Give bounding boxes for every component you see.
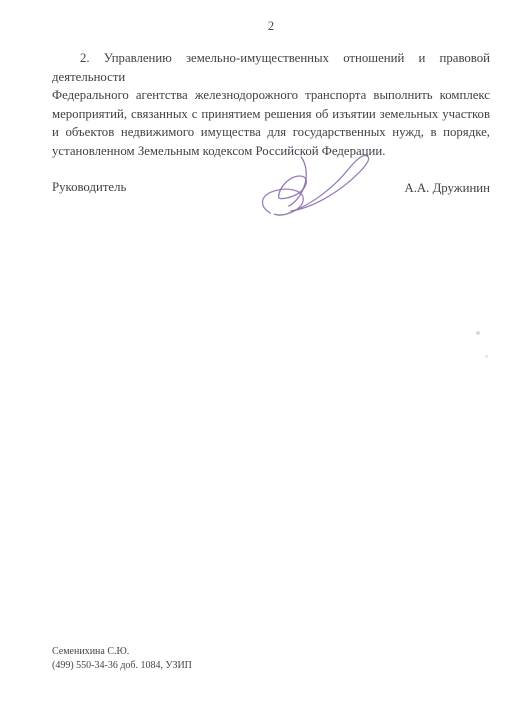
paragraph-line: мероприятий, связанных с принятием решен… [52,105,490,124]
paragraph-line: Федерального агентства железнодорожного … [52,86,490,105]
paragraph-line: и объектов недвижимого имущества для гос… [52,123,490,142]
executor-footer: Семенихина С.Ю. (499) 550-34-36 доб. 108… [52,645,192,672]
scan-speck [485,355,488,358]
signatory-name: А.А. Дружинин [404,181,490,196]
page-number: 2 [52,19,490,34]
scan-speck [476,331,480,335]
executor-phone: (499) 550-34-36 доб. 1084, УЗИП [52,659,192,673]
paragraph-line: 2. Управлению земельно-имущественных отн… [52,49,490,86]
document-page: 2 2. Управлению земельно-имущественных о… [0,0,512,725]
handwritten-signature [256,147,384,225]
executor-name: Семенихина С.Ю. [52,645,192,659]
signature-ink-icon [256,147,384,225]
body-paragraph: 2. Управлению земельно-имущественных отн… [52,49,490,161]
signatory-position-title: Руководитель [52,180,126,195]
